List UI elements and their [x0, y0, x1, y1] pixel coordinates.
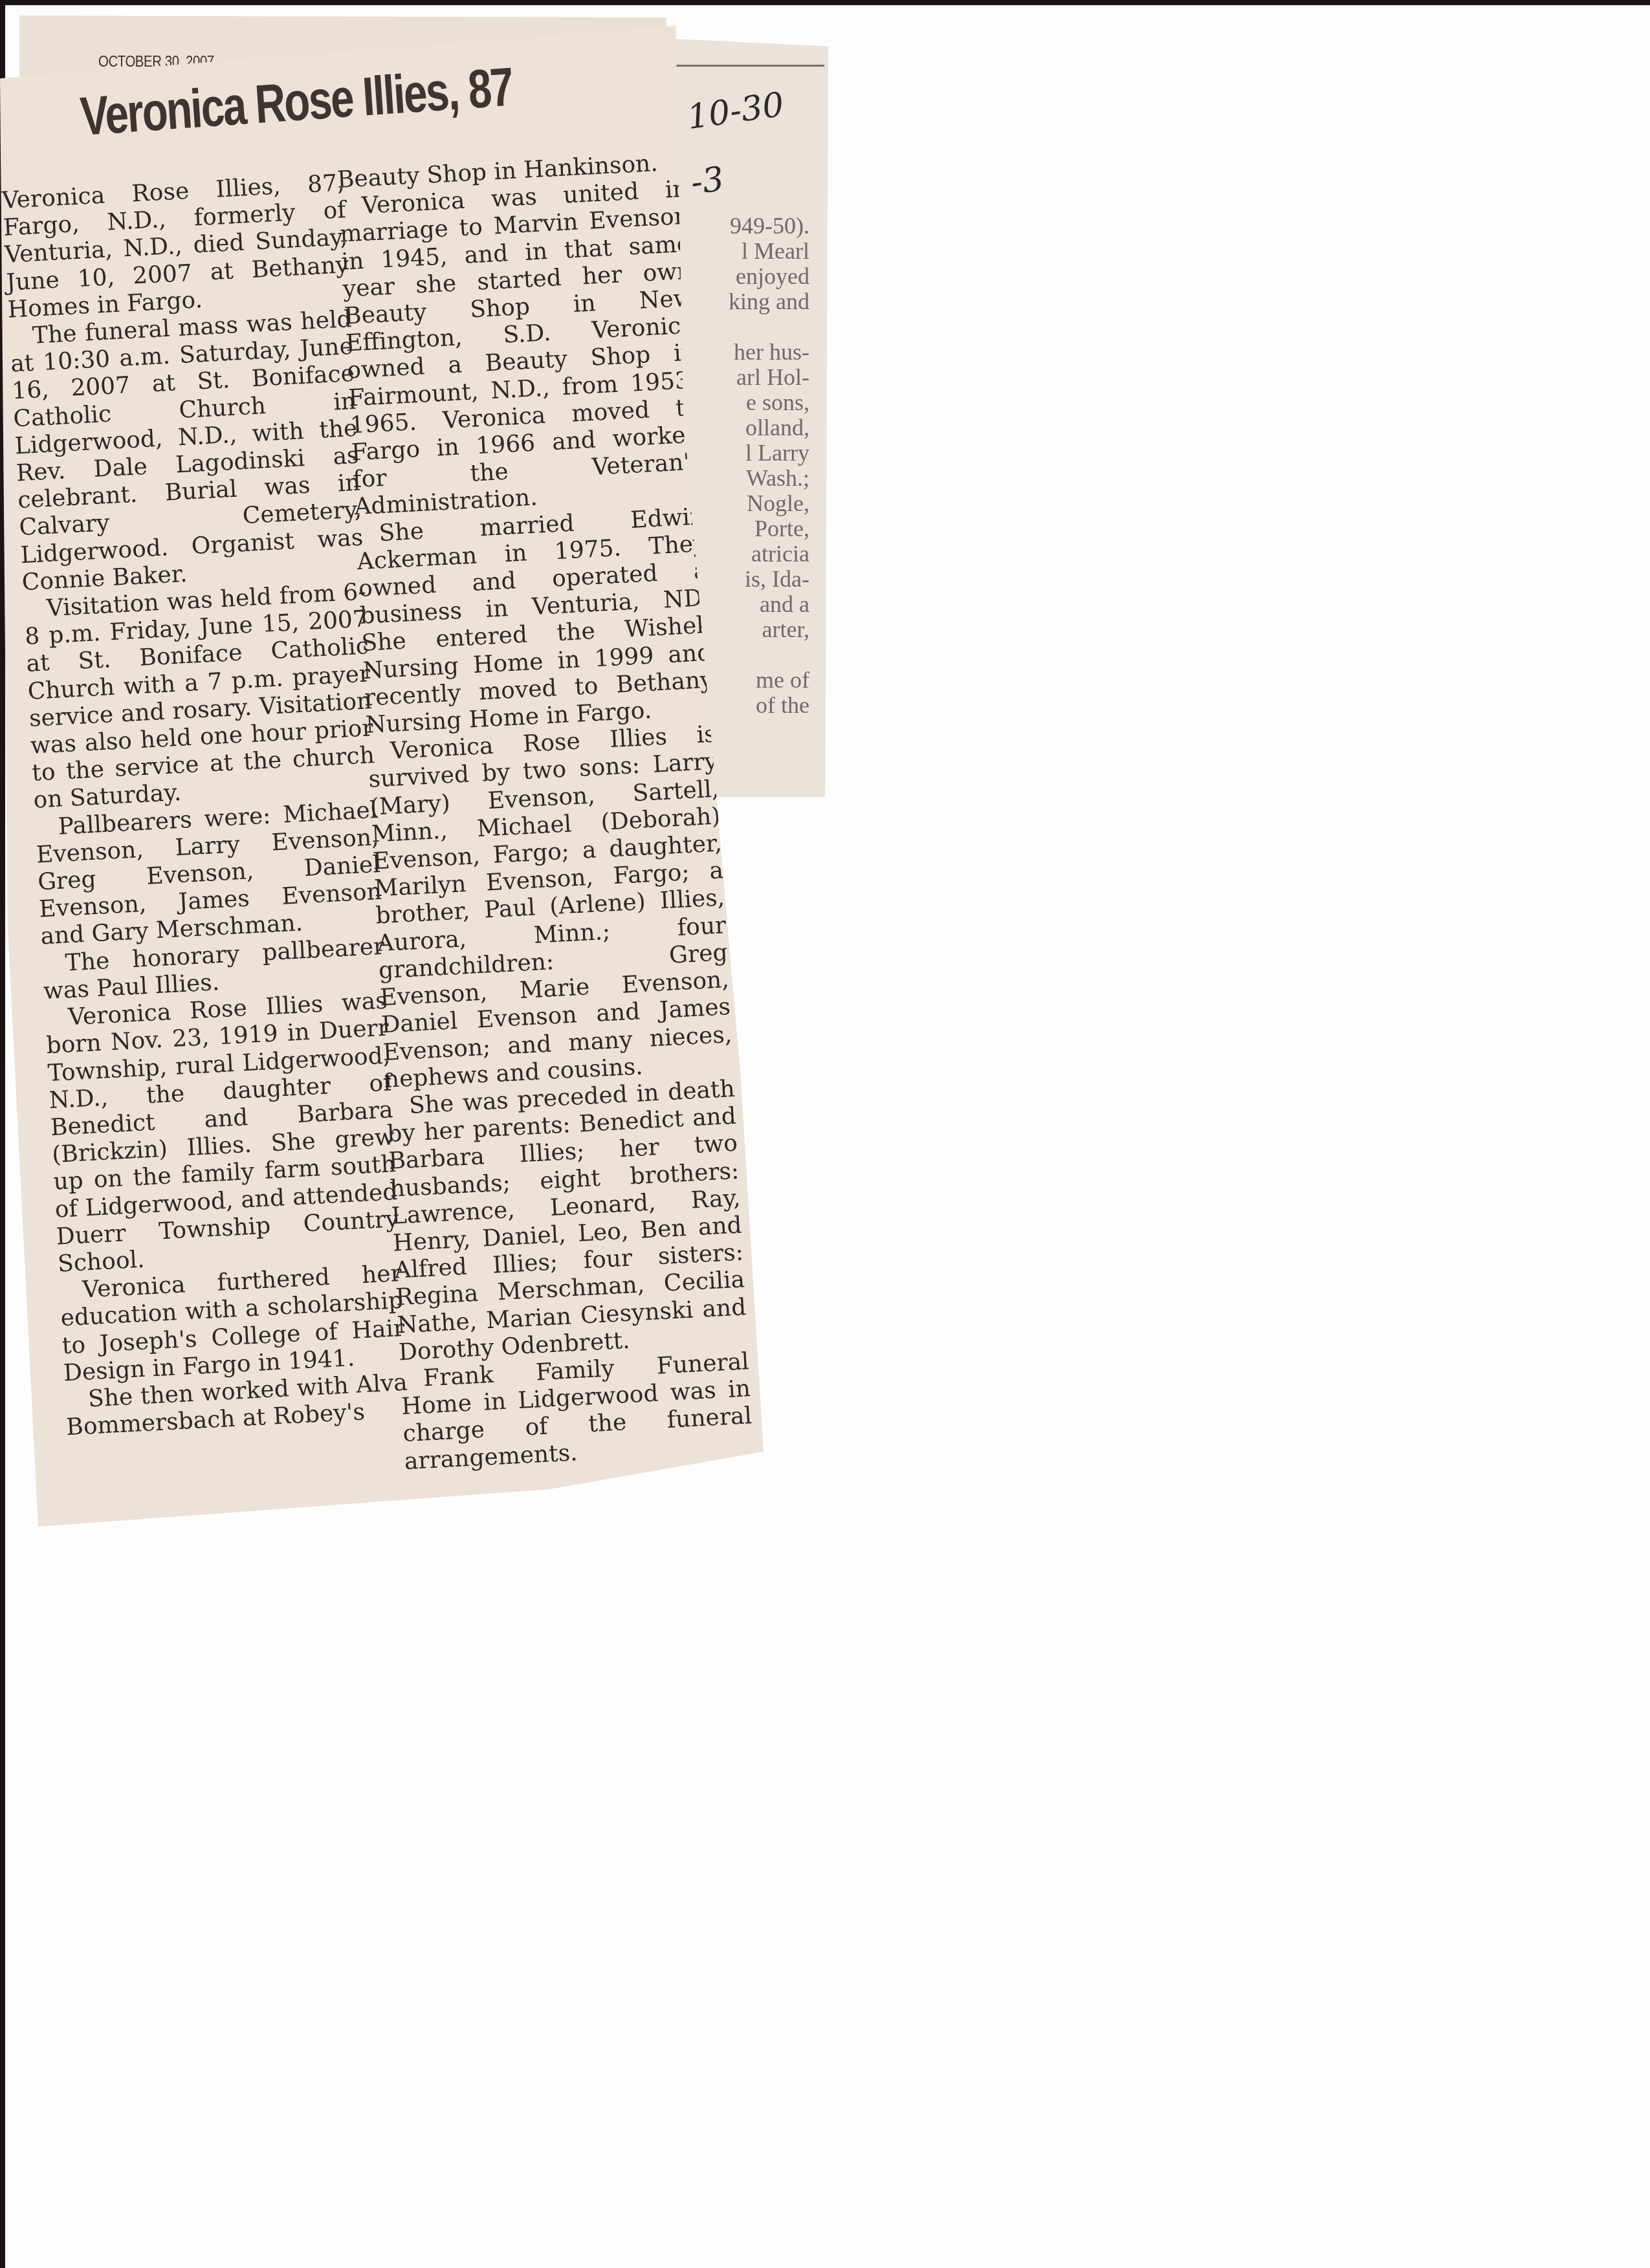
text-fragment: king and: [683, 289, 809, 314]
obituary-clipping: Veronica Rose Illies, 87 Veronica Rose I…: [0, 26, 764, 1527]
paragraph: Veronica Rose Illies was born Nov. 23, 1…: [44, 988, 401, 1278]
paragraph: Veronica was united in marriage to Marvi…: [338, 176, 704, 521]
paragraph: Veronica Rose Illies, 87, Fargo, N.D., f…: [1, 169, 351, 323]
text-fragment: Porte,: [683, 516, 809, 541]
text-fragment: is, Ida-: [683, 567, 809, 592]
handwritten-note: -3: [688, 160, 727, 202]
paragraph: She was preceded in death by her parents…: [385, 1076, 748, 1367]
text-fragment: e sons,: [683, 390, 809, 415]
obituary-headline: Veronica Rose Illies, 87: [78, 56, 514, 148]
text-fragment: 949-50).: [683, 213, 809, 239]
paragraph: Visitation was held from 6-8 p.m. Friday…: [23, 578, 377, 814]
text-fragment: Wash.;: [683, 466, 809, 491]
text-fragment: enjoyed: [683, 264, 809, 289]
paragraph: Pallbearers were: Michael Evenson, Larry…: [34, 797, 384, 951]
column-rule: [673, 65, 824, 67]
text-fragment: olland,: [683, 415, 809, 441]
scan-border-top: [0, 0, 1650, 5]
paragraph: She married Edwin Ackerman in 1975. They…: [355, 503, 716, 739]
text-fragment: and a: [683, 592, 809, 617]
paragraph: The funeral mass was held at 10:30 a.m. …: [8, 306, 365, 596]
text-fragment: atricia: [683, 541, 809, 567]
text-fragment: l Larry: [683, 441, 809, 466]
paragraph: Frank Family Funeral Home in Lidgerwood …: [399, 1348, 754, 1476]
paragraph: Veronica Rose Illies is survived by two …: [366, 721, 734, 1094]
handwritten-note: 10-30: [685, 85, 787, 137]
text-fragment: Nogle,: [683, 491, 809, 516]
paragraph: Veronica furthered her education with a …: [58, 1260, 406, 1387]
text-fragment: [683, 314, 809, 340]
text-fragment: her hus-: [683, 340, 809, 365]
text-fragment: l Mearl: [683, 239, 809, 264]
text-fragment: arl Hol-: [683, 365, 809, 390]
